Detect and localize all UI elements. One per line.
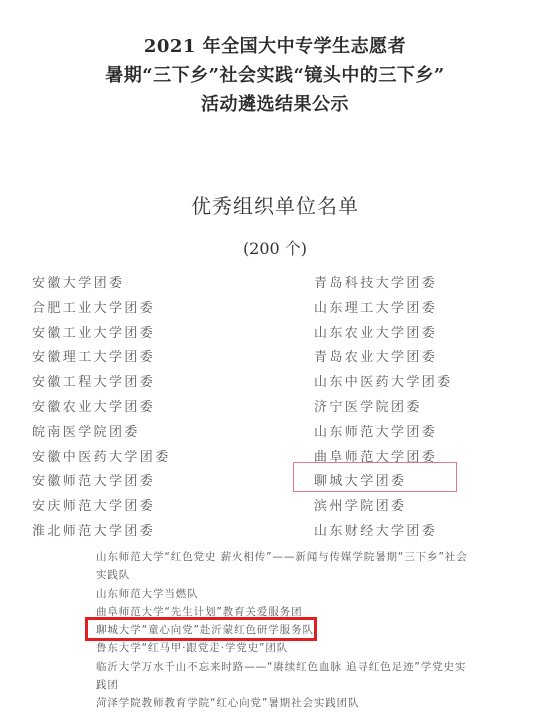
org-item: 安庆师范大学团委 (32, 495, 171, 520)
document-title: 2021 年全国大中专学生志愿者 暑期“三下乡”社会实践“镜头中的三下乡” 活动… (0, 32, 550, 119)
team-item: 山东师范大学当燃队 (96, 585, 536, 603)
org-item: 淮北师范大学团委 (32, 520, 171, 545)
org-item: 山东中医药大学团委 (314, 371, 453, 396)
org-item: 青岛科技大学团委 (314, 272, 453, 297)
highlight-box-pink (293, 462, 457, 492)
org-count: (200 个) (0, 236, 550, 259)
org-item: 安徽农业大学团委 (32, 396, 171, 421)
org-item: 山东农业大学团委 (314, 322, 453, 347)
org-item: 济宁医学院团委 (314, 396, 453, 421)
team-item: 菏泽学院教师教育学院“红心向党”暑期社会实践团队 (96, 694, 536, 712)
org-item: 安徽大学团委 (32, 272, 171, 297)
team-item: 鲁东大学“红马甲·跟党走·学党史”团队 (96, 639, 536, 657)
org-item: 皖南医学院团委 (32, 421, 171, 446)
team-item: 践团 (96, 676, 536, 694)
org-item: 山东财经大学团委 (314, 520, 453, 545)
org-item: 合肥工业大学团委 (32, 297, 171, 322)
title-line-3: 活动遴选结果公示 (0, 90, 550, 119)
team-item: 山东师范大学“红色党史 薪火相传”——新闻与传媒学院暑期“三下乡”社会 (96, 548, 536, 566)
title-line-2: 暑期“三下乡”社会实践“镜头中的三下乡” (0, 61, 550, 90)
team-item: 临沂大学万水千山不忘来时路——“赓续红色血脉 追寻红色足迹”学党史实 (96, 658, 536, 676)
org-item: 青岛农业大学团委 (314, 346, 453, 371)
title-line-1: 2021 年全国大中专学生志愿者 (0, 32, 550, 61)
org-item: 山东师范大学团委 (314, 421, 453, 446)
org-item: 安徽理工大学团委 (32, 346, 171, 371)
org-item: 安徽中医药大学团委 (32, 446, 171, 471)
org-item: 安徽工程大学团委 (32, 371, 171, 396)
org-item: 山东理工大学团委 (314, 297, 453, 322)
team-item: 实践队 (96, 566, 536, 584)
org-item: 安徽工业大学团委 (32, 322, 171, 347)
highlight-box-red (85, 617, 317, 641)
org-list-right-column: 青岛科技大学团委 山东理工大学团委 山东农业大学团委 青岛农业大学团委 山东中医… (314, 272, 453, 545)
org-item: 滨州学院团委 (314, 495, 453, 520)
org-item: 安徽师范大学团委 (32, 470, 171, 495)
org-list-left-column: 安徽大学团委 合肥工业大学团委 安徽工业大学团委 安徽理工大学团委 安徽工程大学… (32, 272, 171, 545)
section-title: 优秀组织单位名单 (0, 190, 550, 219)
